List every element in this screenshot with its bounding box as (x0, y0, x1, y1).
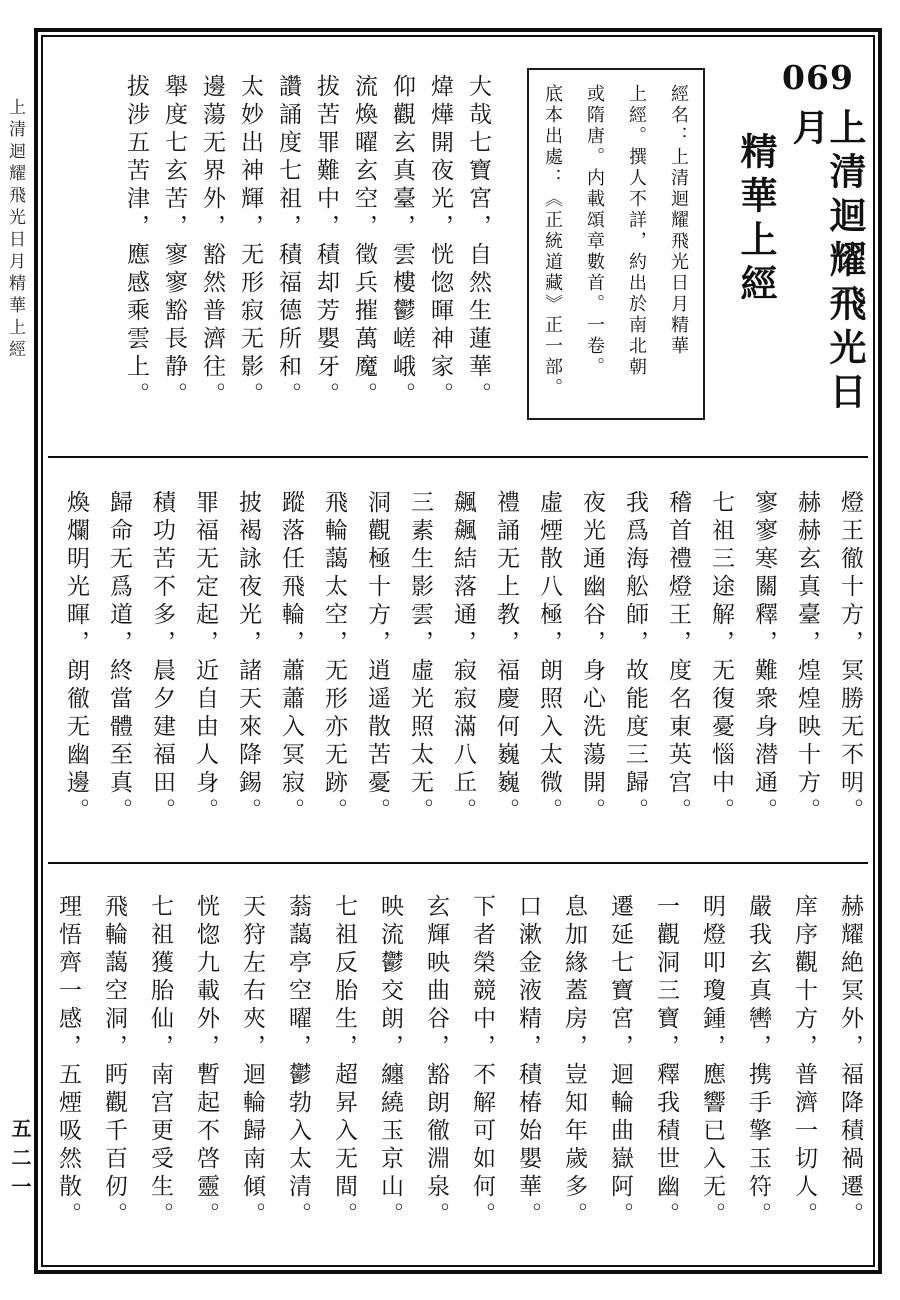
verse-column: 禮誦无上教，福慶何巍巍。 (495, 490, 518, 826)
verse-column: 拔涉五苦津，應感乘雲上。 (125, 74, 148, 410)
verse-column: 邊蕩无界外，豁然普濟往。 (201, 74, 224, 410)
verse-column: 我爲海舩師，故能度三歸。 (624, 490, 647, 826)
verse-column: 玄輝映曲谷，豁朗徹淵泉。 (425, 894, 448, 1230)
verse-column: 寥寥寒關釋，難衆身潜通。 (753, 490, 776, 826)
verse-column: 恍惚九載外，暫起不啓靈。 (195, 894, 218, 1230)
verse-column: 七祖三途解，无復憂惱中。 (710, 490, 733, 826)
colophon-column: 底本出處：《正統道藏》正一部。 (544, 84, 562, 399)
section-divider (48, 456, 868, 458)
verse-column: 赫赫玄真臺，煌煌映十方。 (796, 490, 819, 826)
folio-page-number: 五二一 (9, 1118, 29, 1205)
colophon-column: 上經。撰人不詳，約出於南北朝 (628, 84, 646, 378)
verse-column: 太妙出神輝，无形寂无影。 (239, 74, 262, 410)
verse-column: 仰觀玄真臺，雲樓鬱嵯峨。 (391, 74, 414, 410)
verse-column: 飛輪藹太空，无形亦无跡。 (323, 490, 346, 826)
verse-column: 稽首禮燈王，度名東英宫。 (667, 490, 690, 826)
section-title-and-opening: 069 上清迴耀飛光日月 精華上經 經名：上清迴耀飛光日月精華上經。撰人不詳，約… (54, 56, 862, 454)
verse-column: 燈王徹十方，冥勝无不明。 (839, 490, 862, 826)
verse-column: 嚴我玄真轡，携手擎玉符。 (747, 894, 770, 1230)
colophon-box: 經名：上清迴耀飛光日月精華上經。撰人不詳，約出於南北朝或隋唐。内載頌章數首。一卷… (527, 68, 705, 420)
section-verses-bottom: 赫耀絶冥外，福降積禍遷。庠序觀十方，普濟一切人。嚴我玄真轡，携手擎玉符。明燈叩瓊… (54, 888, 862, 1266)
colophon-column: 或隋唐。内載頌章數首。一卷。 (586, 84, 604, 378)
margin-running-title: 上清迴耀飛光日月精華上經 (7, 98, 24, 362)
verse-column: 三素生影雲，虛光照太无。 (409, 490, 432, 826)
verse-column: 煒燁開夜光，恍惚暉神家。 (429, 74, 452, 410)
verse-column: 七祖獲胎仙，南宫更受生。 (149, 894, 172, 1230)
piece-number: 069 (770, 58, 866, 97)
verse-column: 讚誦度七祖，積福德所和。 (277, 74, 300, 410)
verse-column: 洞觀極十方，逍遥散苦憂。 (366, 490, 389, 826)
verse-column: 赫耀絶冥外，福降積禍遷。 (839, 894, 862, 1230)
verse-column: 蓊藹亭空曜，鬱勃入太清。 (287, 894, 310, 1230)
scanned-scripture-page: { "page": { "piece_number": "069", "titl… (0, 0, 900, 1300)
verse-column: 下者榮競中，不解可如何。 (471, 894, 494, 1230)
verse-column: 積功苦不多，晨夕建福田。 (151, 490, 174, 826)
verse-column: 蹤落任飛輪，蕭蕭入冥寂。 (280, 490, 303, 826)
scripture-title-main: 上清迴耀飛光日月 (788, 108, 862, 454)
verse-column: 庠序觀十方，普濟一切人。 (793, 894, 816, 1230)
verse-column: 罪福无定起，近自由人身。 (194, 490, 217, 826)
verse-column: 煥爛明光暉，朗徹无幽邊。 (65, 490, 88, 826)
verse-column: 拔苦罪難中，積却芳嬰牙。 (315, 74, 338, 410)
verse-column: 披褐詠夜光，諸天來降錫。 (237, 490, 260, 826)
verse-column: 口漱金液精，積椿始嬰華。 (517, 894, 540, 1230)
page-frame-outer: 069 上清迴耀飛光日月 精華上經 經名：上清迴耀飛光日月精華上經。撰人不詳，約… (34, 28, 882, 1274)
verse-column: 歸命无爲道，終當體至真。 (108, 490, 131, 826)
verse-column: 大哉七寶宮，自然生蓮華。 (467, 74, 490, 410)
page-frame-inner: 069 上清迴耀飛光日月 精華上經 經名：上清迴耀飛光日月精華上經。撰人不詳，約… (41, 35, 875, 1267)
verse-column: 映流鬱交朗，纏繞玉京山。 (379, 894, 402, 1230)
verse-column: 七祖反胎生，超昇入无間。 (333, 894, 356, 1230)
verse-column: 一觀洞三寶，釋我積世幽。 (655, 894, 678, 1230)
verse-column: 舉度七玄苦，寥寥豁長静。 (163, 74, 186, 410)
scripture-title-sub: 精華上經 (736, 132, 773, 308)
page-content: 069 上清迴耀飛光日月 精華上經 經名：上清迴耀飛光日月精華上經。撰人不詳，約… (48, 42, 868, 1260)
colophon-column: 經名：上清迴耀飛光日月精華 (670, 84, 688, 357)
verse-column: 虛煙散八極，朗照入太微。 (538, 490, 561, 826)
verse-column: 息加緣蓋房，豈知年歲多。 (563, 894, 586, 1230)
verse-column: 理悟齊一感，五煙吸然散。 (57, 894, 80, 1230)
section-divider (48, 862, 868, 864)
verse-column: 飛輪藹空洞，眄觀千百仞。 (103, 894, 126, 1230)
verse-column: 夜光通幽谷，身心洗蕩開。 (581, 490, 604, 826)
verse-column: 遷延七寶宮，迴輪曲嶽阿。 (609, 894, 632, 1230)
verse-column: 天狩左右夾，迴輪歸南傾。 (241, 894, 264, 1230)
verse-column: 明燈叩瓊鍾，應響已入无。 (701, 894, 724, 1230)
verse-column: 飆飆結落通，寂寂滿八丘。 (452, 490, 475, 826)
verse-column: 流煥曜玄空，徵兵摧萬魔。 (353, 74, 376, 410)
section-verses-middle: 燈王徹十方，冥勝无不明。赫赫玄真臺，煌煌映十方。寥寥寒關釋，難衆身潜通。七祖三途… (54, 484, 862, 856)
